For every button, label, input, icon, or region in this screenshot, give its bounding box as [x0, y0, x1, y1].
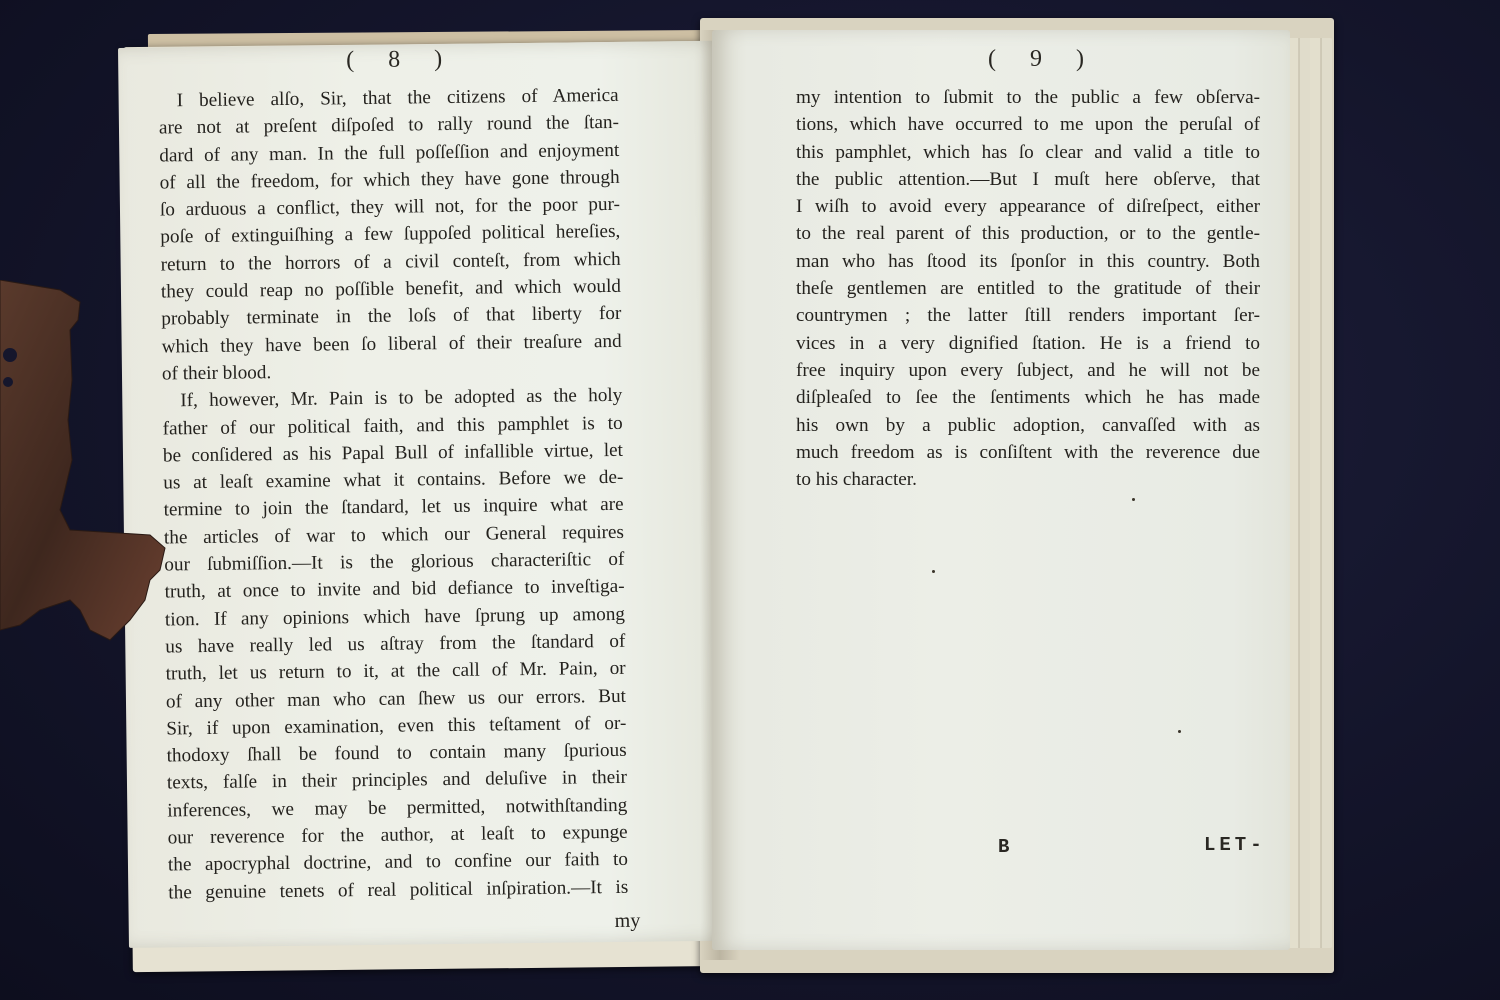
left-page-body: I believe alſo, Sir, that the citizens o…: [158, 82, 628, 906]
text-line: tions, which have occurred to me upon th…: [796, 111, 1260, 138]
text-line: man who has ſtood its ſponſor in this co…: [796, 248, 1260, 275]
text-line: the public attention.—But I muſt here ob…: [796, 166, 1260, 193]
text-line: I wiſh to avoid every appearance of diſr…: [796, 193, 1260, 220]
text-line: much freedom as is conſiſtent with the r…: [796, 439, 1260, 466]
paper-speck: [1178, 730, 1181, 733]
text-line: to his character.: [796, 466, 1260, 493]
text-line: free inquiry upon every ſubject, and he …: [796, 357, 1260, 384]
right-page: ( 9 ) my intention to ſubmit to the publ…: [712, 30, 1290, 950]
text-line: the genuine tenets of real political inſ…: [168, 873, 628, 906]
right-page-body: my intention to ſubmit to the public a f…: [796, 84, 1260, 493]
text-line: diſpleaſed to ſee the ſentiments which h…: [796, 384, 1260, 411]
text-line: to the real parent of this production, o…: [796, 220, 1260, 247]
text-line: theſe gentlemen are entitled to the grat…: [796, 275, 1260, 302]
text-line: vices in a very dignified ſtation. He is…: [796, 330, 1260, 357]
page-number: ( 9 ): [988, 46, 1098, 73]
text-line: this pamphlet, which has ſo clear and va…: [796, 139, 1260, 166]
book-photo: ( 8 ) I believe alſo, Sir, that the citi…: [0, 0, 1500, 1000]
right-page-edges: [1288, 38, 1332, 948]
paper-speck: [932, 570, 935, 573]
page-number: ( 8 ): [346, 46, 456, 74]
text-line: countrymen ; the latter ſtill renders im…: [796, 302, 1260, 329]
text-line: my intention to ſubmit to the public a f…: [796, 84, 1260, 111]
signature-mark: B: [998, 836, 1013, 858]
catchword: my: [615, 910, 641, 933]
paper-speck: [1132, 498, 1135, 501]
text-line: his own by a public adoption, canvaſſed …: [796, 412, 1260, 439]
left-page: ( 8 ) I believe alſo, Sir, that the citi…: [118, 41, 729, 948]
catchword: LET-: [1204, 834, 1266, 856]
text-line: which they have been ſo liberal of their…: [161, 328, 621, 361]
metal-clip: [0, 280, 170, 650]
